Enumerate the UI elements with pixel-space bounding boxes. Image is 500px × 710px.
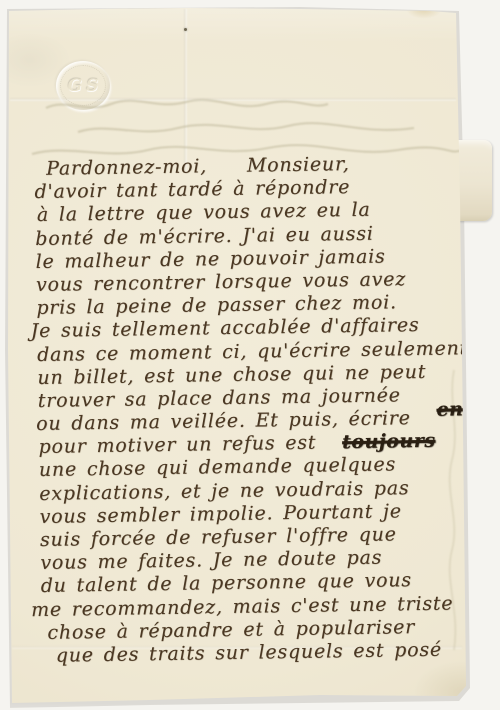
letter-sheet: GS Pardonnez-moi, Monsieur, d'avoir tant… [0, 0, 500, 710]
struck-out-word: toujours [342, 430, 436, 453]
handwritten-body: Pardonnez-moi, Monsieur, d'avoir tant ta… [34, 151, 472, 668]
pinhole-mark [184, 28, 187, 31]
struck-out-word: encore [436, 398, 500, 421]
letter-photo: GS Pardonnez-moi, Monsieur, d'avoir tant… [0, 0, 500, 710]
